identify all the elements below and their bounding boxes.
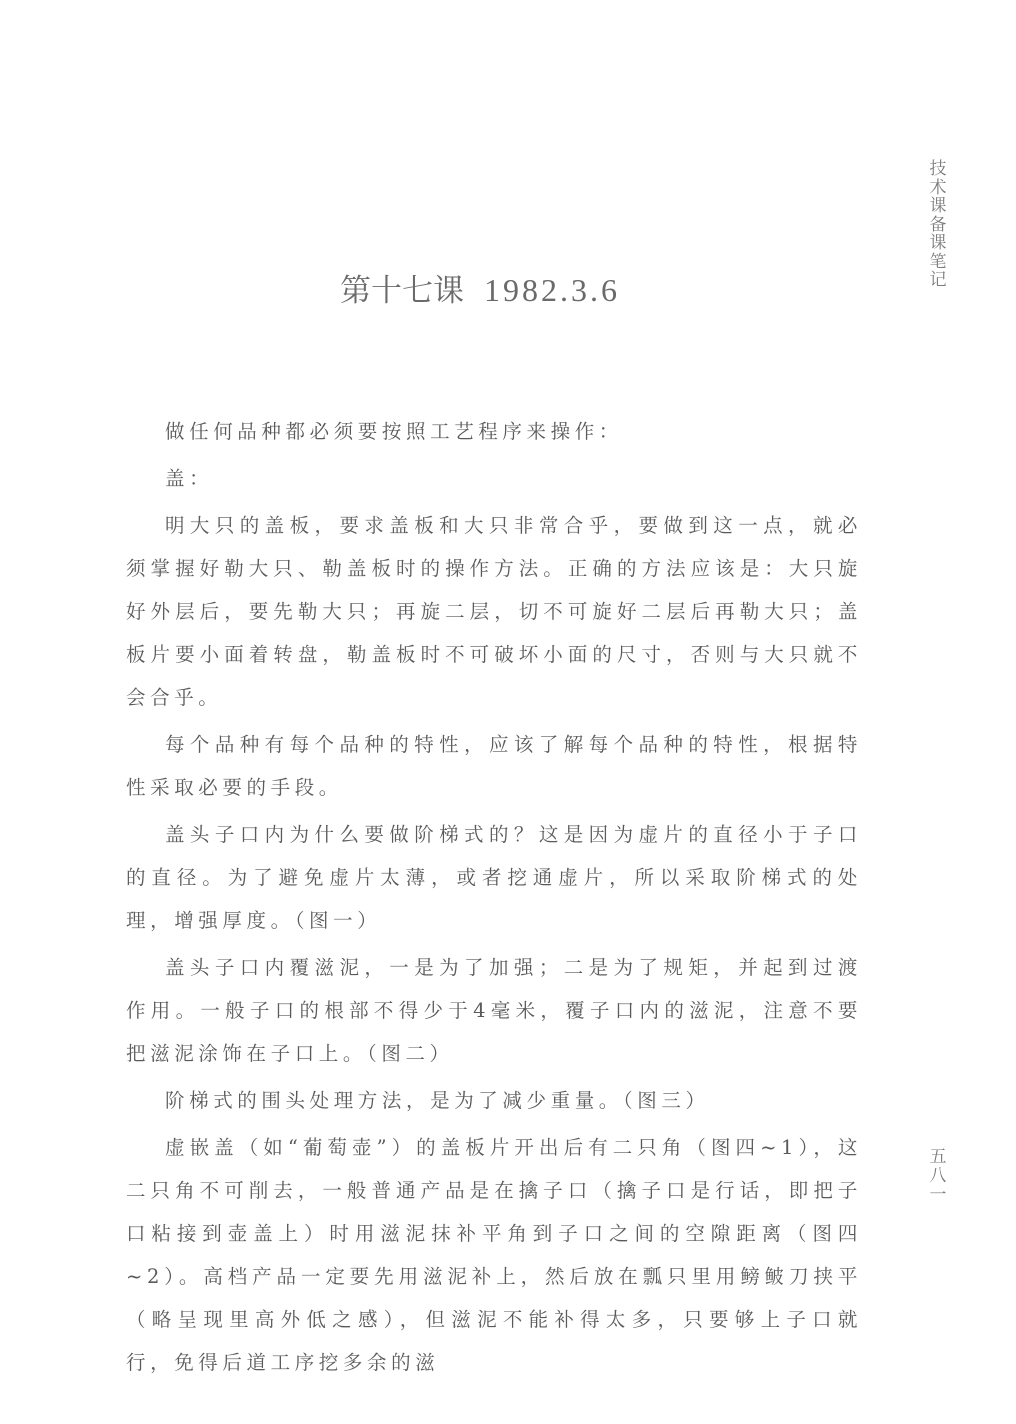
lesson-title: 第十七课 [340, 273, 464, 309]
paragraph-characteristics: 每个品种有每个品种的特性，应该了解每个品种的特性，根据特性采取必要的手段。 [126, 723, 862, 809]
paragraph-inset-lid: 虚嵌盖（如“葡萄壶”）的盖板片开出后有二只角（图四~1），这二只角不可削去，一般… [126, 1126, 862, 1384]
running-header-vertical: 技术课备课笔记 [926, 160, 950, 290]
paragraph-clay-coating: 盖头子口内覆滋泥，一是为了加强；二是为了规矩，并起到过渡作用。一般子口的根部不得… [126, 946, 862, 1075]
paragraph-stepped-rim: 盖头子口内为什么要做阶梯式的？这是因为虚片的直径小于子口的直径。为了避免虚片太薄… [126, 813, 862, 942]
book-page: 技术课备课笔记 五八一 第十七课1982.3.6 做任何品种都必须要按照工艺程序… [0, 0, 1016, 1424]
lesson-heading: 第十七课1982.3.6 [340, 268, 660, 313]
paragraph-intro: 做任何品种都必须要按照工艺程序来操作： [126, 410, 862, 453]
lesson-date: 1982.3.6 [484, 272, 620, 308]
paragraph-section-lid: 盖： [126, 457, 862, 500]
body-text: 做任何品种都必须要按照工艺程序来操作： 盖： 明大只的盖板，要求盖板和大只非常合… [126, 410, 862, 1384]
paragraph-weight-reduction: 阶梯式的围头处理方法，是为了减少重量。（图三） [126, 1079, 862, 1122]
page-number-vertical: 五八一 [926, 1148, 950, 1205]
paragraph-lid-fit: 明大只的盖板，要求盖板和大只非常合乎，要做到这一点，就必须掌握好勒大只、勒盖板时… [126, 504, 862, 719]
